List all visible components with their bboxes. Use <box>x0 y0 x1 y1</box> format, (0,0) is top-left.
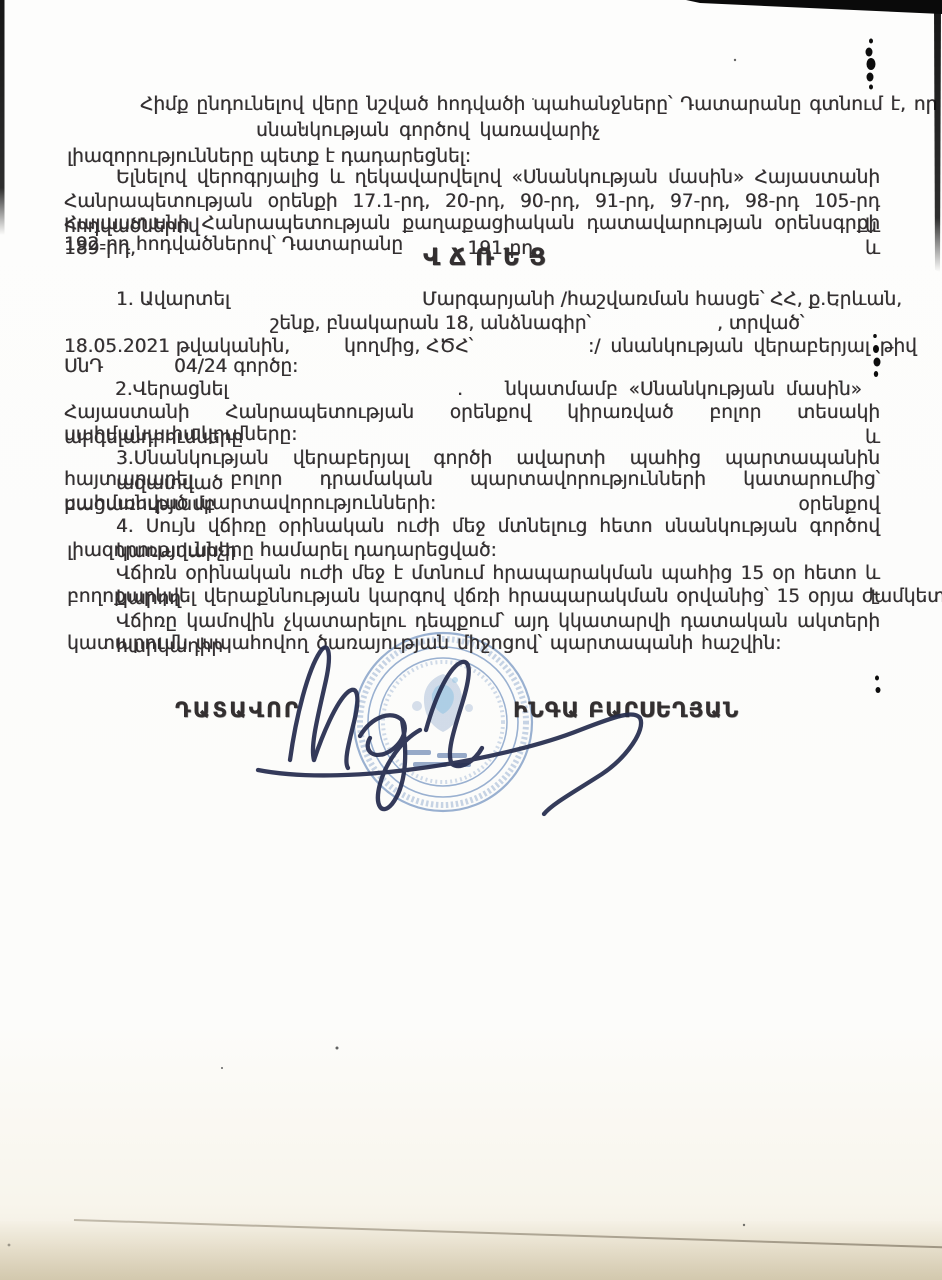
judge-signature <box>230 618 670 833</box>
address-passport-segment: շենք, բնակարան 18, անձնագիր՝ <box>270 311 591 336</box>
point-2-line-3: սահմանափակումները: <box>64 422 880 448</box>
case-number: 04/24 գործը: <box>174 354 298 379</box>
point-2-law-ref: նկատմամբ «Սնանկության մասին» <box>505 377 862 402</box>
paper-bottom-shading <box>0 1221 942 1280</box>
case-prefix: ՍնԴ <box>64 354 103 379</box>
legal-basis-line-1: Ելնելով վերոգրյալից և ղեկավարվելով «Սնան… <box>64 165 880 191</box>
intro-line-1: Հիմք ընդունելով վերը նշված հոդվածի պահան… <box>140 92 880 118</box>
redaction-dot: . <box>457 377 463 402</box>
point-2-number: 2.Վերացնել <box>115 377 228 402</box>
debtor-name-address: Մարգարյանի /հաշվառման հասցե՝ ՀՀ, ք.Երևան… <box>422 287 902 312</box>
point-3-line-2: հայտարարել բոլոր դրամական պարտավորությու… <box>64 467 880 493</box>
point-1-number: 1. Ավարտել <box>116 287 230 312</box>
point-1-line-1: 1. Ավարտել Մարգարյանի /հաշվառման հասցե՝ … <box>64 287 880 313</box>
intro-line-2: սնանկության գործով կառավարիչ <box>256 118 942 144</box>
verdict-title: ՎՃՌԵՑ <box>64 243 880 275</box>
scanned-court-decision-page: Հիմք ընդունելով վերը նշված հոդվածի պահան… <box>0 0 942 1280</box>
issued-segment: , տրված՝ <box>717 311 804 336</box>
entry-into-force-line-2: բողոքարկվել վերաքննության կարգով վճռի հր… <box>67 584 883 610</box>
point-4-line-1: 4. Սույն վճիռը օրինական ուժի մեջ մտնելու… <box>64 514 880 540</box>
